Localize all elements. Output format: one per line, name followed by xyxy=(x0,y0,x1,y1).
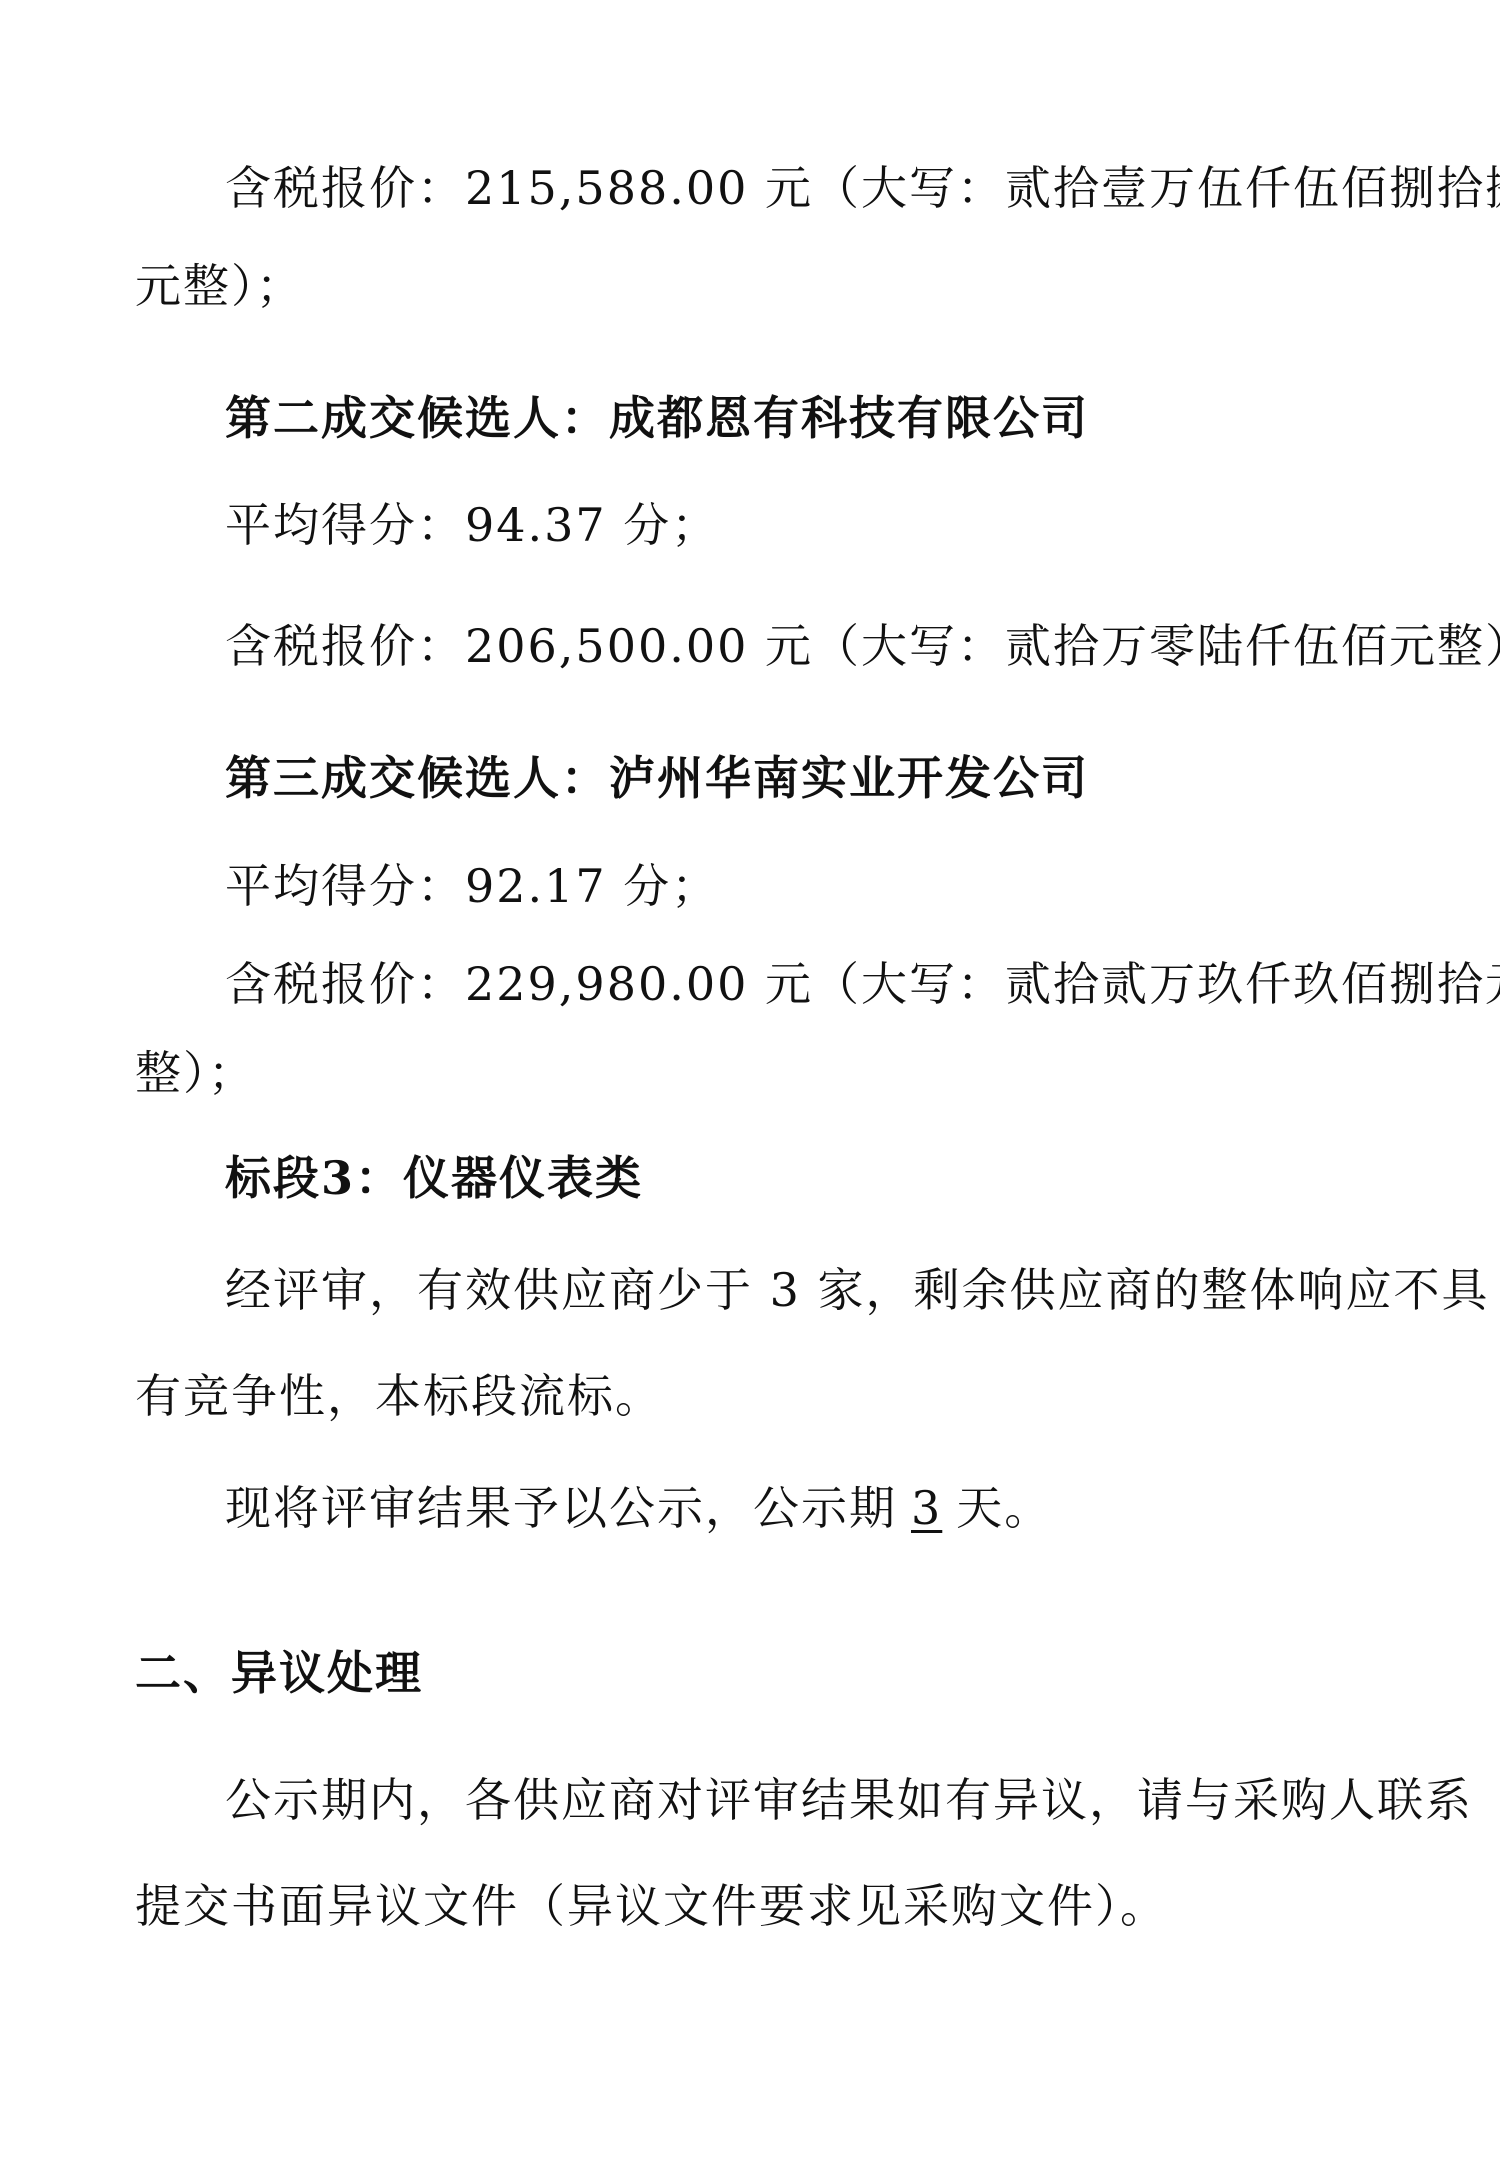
candidate3-price-cont: 整）； xyxy=(135,1045,256,1101)
publicity-text: 现将评审结果予以公示，公示期 xyxy=(225,1481,897,1535)
objection-text-cont: 提交书面异议文件（异议文件要求见采购文件）。 xyxy=(135,1878,1168,1934)
publicity-unit: 天。 xyxy=(956,1481,1052,1535)
lot3-text: 经评审，有效供应商少于 3 家，剩余供应商的整体响应不具 xyxy=(225,1262,1490,1318)
candidate1-price: 含税报价：215,588.00 元（大写：贰拾壹万伍仟伍佰捌拾捌 xyxy=(225,160,1500,216)
section-heading-objection: 二、异议处理 xyxy=(135,1645,423,1701)
publicity-days: 3 xyxy=(897,1481,956,1535)
candidate2-price: 含税报价：206,500.00 元（大写：贰拾万零陆仟伍佰元整）； xyxy=(225,618,1500,674)
candidate3-score: 平均得分：92.17 分； xyxy=(225,858,719,914)
candidate3-heading: 第三成交候选人：泸州华南实业开发公司 xyxy=(225,750,1089,806)
candidate3-price: 含税报价：229,980.00 元（大写：贰拾贰万玖仟玖佰捌拾元 xyxy=(225,956,1500,1012)
candidate1-price-cont: 元整）； xyxy=(135,258,304,314)
lot3-heading: 标段3：仪器仪表类 xyxy=(225,1150,643,1206)
candidate2-heading: 第二成交候选人：成都恩有科技有限公司 xyxy=(225,390,1089,446)
lot3-text-cont: 有竞争性，本标段流标。 xyxy=(135,1368,663,1424)
candidate2-score: 平均得分：94.37 分； xyxy=(225,497,719,553)
objection-text: 公示期内，各供应商对评审结果如有异议，请与采购人联系 xyxy=(225,1772,1473,1828)
publicity-period: 现将评审结果予以公示，公示期3天。 xyxy=(225,1480,1052,1536)
